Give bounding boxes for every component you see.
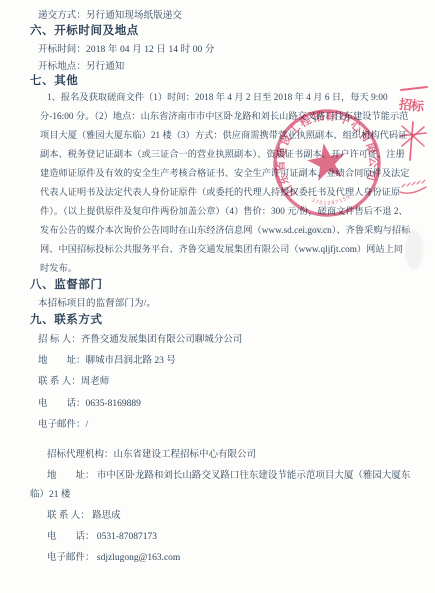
tenderer-contact-row: 联 系 人：周老师 — [38, 373, 109, 387]
date-scribble — [402, 180, 425, 187]
other-paragraph-line: 件）。（以上提供原件及复印件两份加盖公章）（4）售价：300 元/份，磋商文件售… — [40, 203, 408, 217]
scanned-document-page: 递交方式：另行通知现场纸版递交 六、开标时间及地点 开标时间：2018 年 04… — [0, 0, 435, 593]
agency-address-line-2: 临）21 楼 — [30, 486, 70, 500]
other-paragraph-line: 网、中国招标投标公共服务平台、齐鲁交通发展集团有限公司（www.qljfjt.c… — [40, 241, 403, 255]
star-scribble — [410, 122, 413, 160]
section-7-heading: 七、其他 — [30, 72, 78, 88]
tenderer-address-row: 地 址：聊城市昌润北路 23 号 — [38, 352, 176, 366]
scan-smudge — [405, 230, 423, 270]
bid-opening-place-line: 开标地点：另行通知 — [38, 58, 124, 72]
agency-email-row: 电子邮件： sdjzlugong@163.com — [47, 549, 180, 563]
other-paragraph-line: 副本、税务登记证副本（或三证合一的营业执照副本）、资质证书副本、开户许可证、注册 — [40, 146, 405, 160]
agency-address-line-1: 地 址： 市中区卧龙路和刘长山路交叉路口往东建设节能示范项目大厦（雅园大厦东 — [47, 467, 410, 481]
tenderer-phone-row: 电 话：0635-8169889 — [38, 395, 141, 409]
other-paragraph-line: 时发布。 — [40, 260, 77, 274]
section-9-heading: 九、联系方式 — [30, 311, 103, 327]
other-paragraph-line: 分-16:00 分。（2）地点：山东省济南市市中区卧龙路和刘长山路交叉路口往东建… — [40, 108, 408, 122]
other-paragraph-line: 建造师证原件及有效的安全生产考核合格证书、安全生产许可证副本、业绩合同原件及法定 — [40, 165, 410, 179]
other-paragraph-line: 1、报名及获取磋商文件（1）时间：2018 年 4 月 2 日至 2018 年 … — [47, 89, 388, 103]
handwriting-dash — [401, 87, 427, 90]
agency-phone-row: 电 话： 0531-87087173 — [47, 528, 157, 542]
agency-contact-row: 联 系 人： 路思成 — [47, 507, 121, 521]
delivery-method-line: 递交方式：另行通知现场纸版递交 — [38, 7, 182, 21]
supervision-department-line: 本招标项目的监督部门为/。 — [38, 295, 156, 309]
section-8-heading: 八、监督部门 — [30, 276, 103, 292]
date-scribble — [400, 187, 426, 193]
other-paragraph-line: 项目大厦（雅园大厦东临）21 楼（3）方式：供应商需携带营业执照副本、组织机构代… — [40, 127, 407, 141]
section-6-heading: 六、开标时间及地点 — [30, 22, 139, 38]
other-paragraph-line: 发布公告的媒介本次询价公告同时在山东经济信息网（www.sd.cei.gov.c… — [40, 222, 410, 236]
tenderer-name-row: 招 标 人：齐鲁交通发展集团有限公司聊城分公司 — [38, 331, 242, 345]
bid-opening-time-line: 开标时间：2018 年 04 月 12 日 14 时 00 分 — [38, 41, 214, 55]
tenderer-email-row: 电子邮件：/ — [38, 416, 88, 430]
agency-name-row: 招标代理机构：山东省建设工程招标中心有限公司 — [47, 446, 256, 460]
other-paragraph-line: 代表人证明书及法定代表人身份证原件（或委托的代理人持授权委托书及代理人身份证原 — [40, 184, 400, 198]
